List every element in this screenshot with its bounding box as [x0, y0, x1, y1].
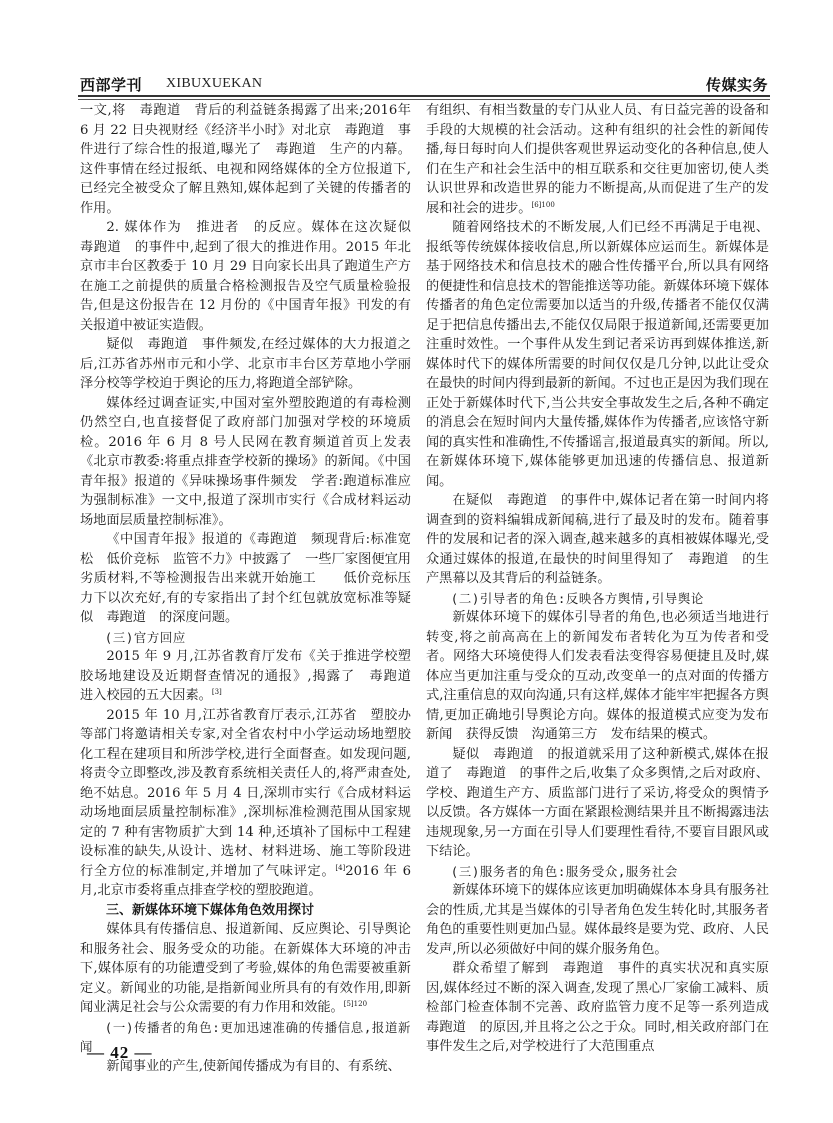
paragraph-text: (二)引导者的角色:反映各方舆情,引导舆论 [451, 591, 704, 606]
paragraph-text: 一文,将 毒跑道 背后的利益链条揭露了出来;2016年 6 月 22 日央视财经… [80, 103, 411, 216]
left-column: 一文,将 毒跑道 背后的利益链条揭露了出来;2016年 6 月 22 日央视财经… [80, 101, 411, 1076]
paragraph-text: (三)官方回应 [105, 630, 186, 645]
right-column: 有组织、有相当数量的专门从业人员、有日益完善的设备和手段的大规模的社会活动。这种… [426, 101, 769, 1057]
journal-title-cn: 西部学刊 [80, 74, 142, 95]
paragraph-text: 随着网络技术的不断发展,人们已经不再满足于电视、报纸等传统媒体接收信息,所以新媒… [426, 220, 769, 489]
paragraph: 新媒体环境下的媒体应该更加明确媒体本身具有服务社会的性质,尤其是当媒体的引导者角… [426, 881, 769, 959]
page-number: — 42 — [87, 1043, 153, 1063]
paragraph-text: 疑似 毒跑道 事件频发,在经过媒体的大力报道之后,江苏省苏州市元和小学、北京市丰… [80, 337, 411, 391]
paragraph-text: 媒体经过调查证实,中国对室外塑胶跑道的有毒检测仍然空白,也直接督促了政府部门加强… [80, 396, 411, 528]
citation-ref: [6]100 [532, 201, 555, 209]
paragraph: 在疑似 毒跑道 的事件中,媒体记者在第一时间内将调查到的资料编辑成新闻稿,进行了… [426, 491, 769, 589]
running-header: 西部学刊 XIBUXUEKAN 传媒实务 [78, 74, 770, 94]
citation-ref: [4] [335, 864, 345, 872]
paragraph: 一文,将 毒跑道 背后的利益链条揭露了出来;2016年 6 月 22 日央视财经… [80, 101, 411, 218]
paragraph-text: 《中国青年报》报道的《毒跑道 频现背后:标准宽松 低价竞标 监管不力》中披露了 … [80, 532, 411, 625]
paragraph: 群众希望了解到 毒跑道 事件的真实状况和真实原因,媒体经过不断的深入调查,发现了… [426, 959, 769, 1057]
section-title: 传媒实务 [706, 74, 768, 95]
paragraph-text: 在疑似 毒跑道 的事件中,媒体记者在第一时间内将调查到的资料编辑成新闻稿,进行了… [426, 493, 769, 586]
paragraph-text: 群众希望了解到 毒跑道 事件的真实状况和真实原因,媒体经过不断的深入调查,发现了… [426, 961, 782, 1054]
paragraph-text: 三、新媒体环境下媒体角色效用探讨 [106, 903, 314, 918]
paragraph-text: 2015 年 10 月,江苏省教育厅表示,江苏省 塑胶办 等部门将邀请相关专家,… [80, 708, 424, 879]
journal-title-en: XIBUXUEKAN [166, 76, 262, 92]
paragraph: 有组织、有相当数量的专门从业人员、有日益完善的设备和手段的大规模的社会活动。这种… [426, 101, 769, 218]
paragraph: 2. 媒体作为 推进者 的反应。媒体在这次疑似 毒跑道 的事件中,起到了很大的推… [80, 218, 411, 335]
citation-ref: [3] [212, 688, 222, 696]
paragraph-text: 2015 年 9 月,江苏省教育厅发布《关于推进学校塑胶场地建设及近期督查情况的… [80, 649, 424, 703]
subsection-heading: (三)官方回应 [80, 628, 411, 648]
paragraph: 疑似 毒跑道 事件频发,在经过媒体的大力报道之后,江苏省苏州市元和小学、北京市丰… [80, 335, 411, 394]
header-rule-thick [78, 95, 770, 97]
subsection-heading: (三)服务者的角色:服务受众,服务社会 [426, 862, 769, 882]
paragraph-text: 有组织、有相当数量的专门从业人员、有日益完善的设备和手段的大规模的社会活动。这种… [426, 103, 769, 216]
subsection-heading: (二)引导者的角色:反映各方舆情,引导舆论 [426, 589, 769, 609]
section-heading: 三、新媒体环境下媒体角色效用探讨 [80, 901, 411, 921]
paragraph-text: 疑似 毒跑道 的报道就采用了这种新模式,媒体在报道了 毒跑道 的事件之后,收集了… [426, 747, 769, 860]
paragraph-text: 新媒体环境下的媒体应该更加明确媒体本身具有服务社会的性质,尤其是当媒体的引导者角… [426, 883, 769, 957]
citation-ref: [5]120 [344, 1000, 367, 1008]
paragraph: 新媒体环境下的媒体引导者的角色,也必须适当地进行转变,将之前高高在上的新闻发布者… [426, 608, 769, 745]
paragraph-text: 新媒体环境下的媒体引导者的角色,也必须适当地进行转变,将之前高高在上的新闻发布者… [426, 610, 769, 742]
paragraph: 2015 年 10 月,江苏省教育厅表示,江苏省 塑胶办 等部门将邀请相关专家,… [80, 706, 411, 901]
paragraph: 媒体具有传播信息、报道新闻、反应舆论、引导舆论和服务社会、服务受众的功能。在新媒… [80, 920, 411, 1018]
paragraph: 随着网络技术的不断发展,人们已经不再满足于电视、报纸等传统媒体接收信息,所以新媒… [426, 218, 769, 491]
header-rule-thin [78, 99, 770, 100]
paragraph: 2015 年 9 月,江苏省教育厅发布《关于推进学校塑胶场地建设及近期督查情况的… [80, 647, 411, 706]
paragraph-text: 2. 媒体作为 推进者 的反应。媒体在这次疑似 毒跑道 的事件中,起到了很大的推… [80, 220, 424, 333]
paragraph-text: (三)服务者的角色:服务受众,服务社会 [451, 864, 678, 879]
paragraph: 《中国青年报》报道的《毒跑道 频现背后:标准宽松 低价竞标 监管不力》中披露了 … [80, 530, 411, 628]
paragraph: 媒体经过调查证实,中国对室外塑胶跑道的有毒检测仍然空白,也直接督促了政府部门加强… [80, 394, 411, 531]
paragraph: 疑似 毒跑道 的报道就采用了这种新模式,媒体在报道了 毒跑道 的事件之后,收集了… [426, 745, 769, 862]
